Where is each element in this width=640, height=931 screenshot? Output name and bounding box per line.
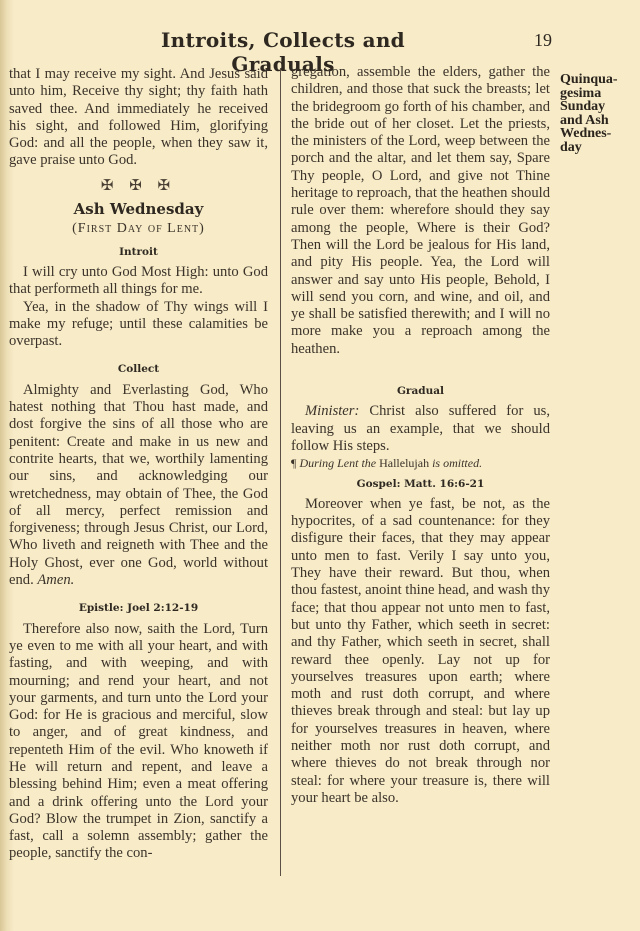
rubric-word: Hallelujah [379, 456, 429, 470]
rubric-post: is omitted. [432, 456, 482, 470]
collect-body: Almighty and Everlasting God, Who hatest… [9, 382, 268, 588]
epistle-continuation: gregation, assemble the elders, gather t… [291, 64, 550, 358]
right-column: gregation, assemble the elders, gather t… [291, 64, 550, 807]
introit-text-2: Yea, in the shadow of Thy wings will I m… [9, 299, 268, 351]
gospel-text: Moreover when ye fast, be not, as the hy… [291, 496, 550, 807]
epistle-heading: Epistle: Joel 2:12-19 [9, 600, 268, 617]
introit-heading: Introit [9, 244, 268, 261]
rubric-note: ¶ During Lent the Hallelujah is omitted. [291, 455, 550, 472]
rubric-pre: During Lent the [299, 456, 376, 470]
column-divider [280, 68, 281, 876]
amen: Amen. [37, 572, 74, 588]
cross-ornament-icon: ✠ ✠ ✠ [9, 178, 268, 195]
gradual-text: Minister: Christ also suffered for us, l… [291, 403, 550, 455]
epistle-text: Therefore also now, saith the Lord, Turn… [9, 621, 268, 863]
feast-title: Ash Wednesday [9, 201, 268, 218]
gospel-continuation: that I may receive my sight. And Jesus s… [9, 66, 268, 170]
left-column: that I may receive my sight. And Jesus s… [9, 66, 268, 863]
feast-subtitle: (First Day of Lent) [9, 220, 268, 237]
gospel-heading: Gospel: Matt. 16:6-21 [291, 476, 550, 493]
introit-text: I will cry unto God Most High: unto God … [9, 264, 268, 299]
collect-heading: Collect [9, 361, 268, 378]
gradual-heading: Gradual [291, 383, 550, 400]
minister-label: Minister: [305, 403, 359, 419]
collect-text: Almighty and Everlasting God, Who hatest… [9, 382, 268, 590]
margin-note: Quinqua-gesima Sunday and Ash Wednes-day [560, 73, 630, 154]
pilcrow-icon: ¶ [291, 456, 296, 470]
page-number: 19 [534, 30, 552, 51]
